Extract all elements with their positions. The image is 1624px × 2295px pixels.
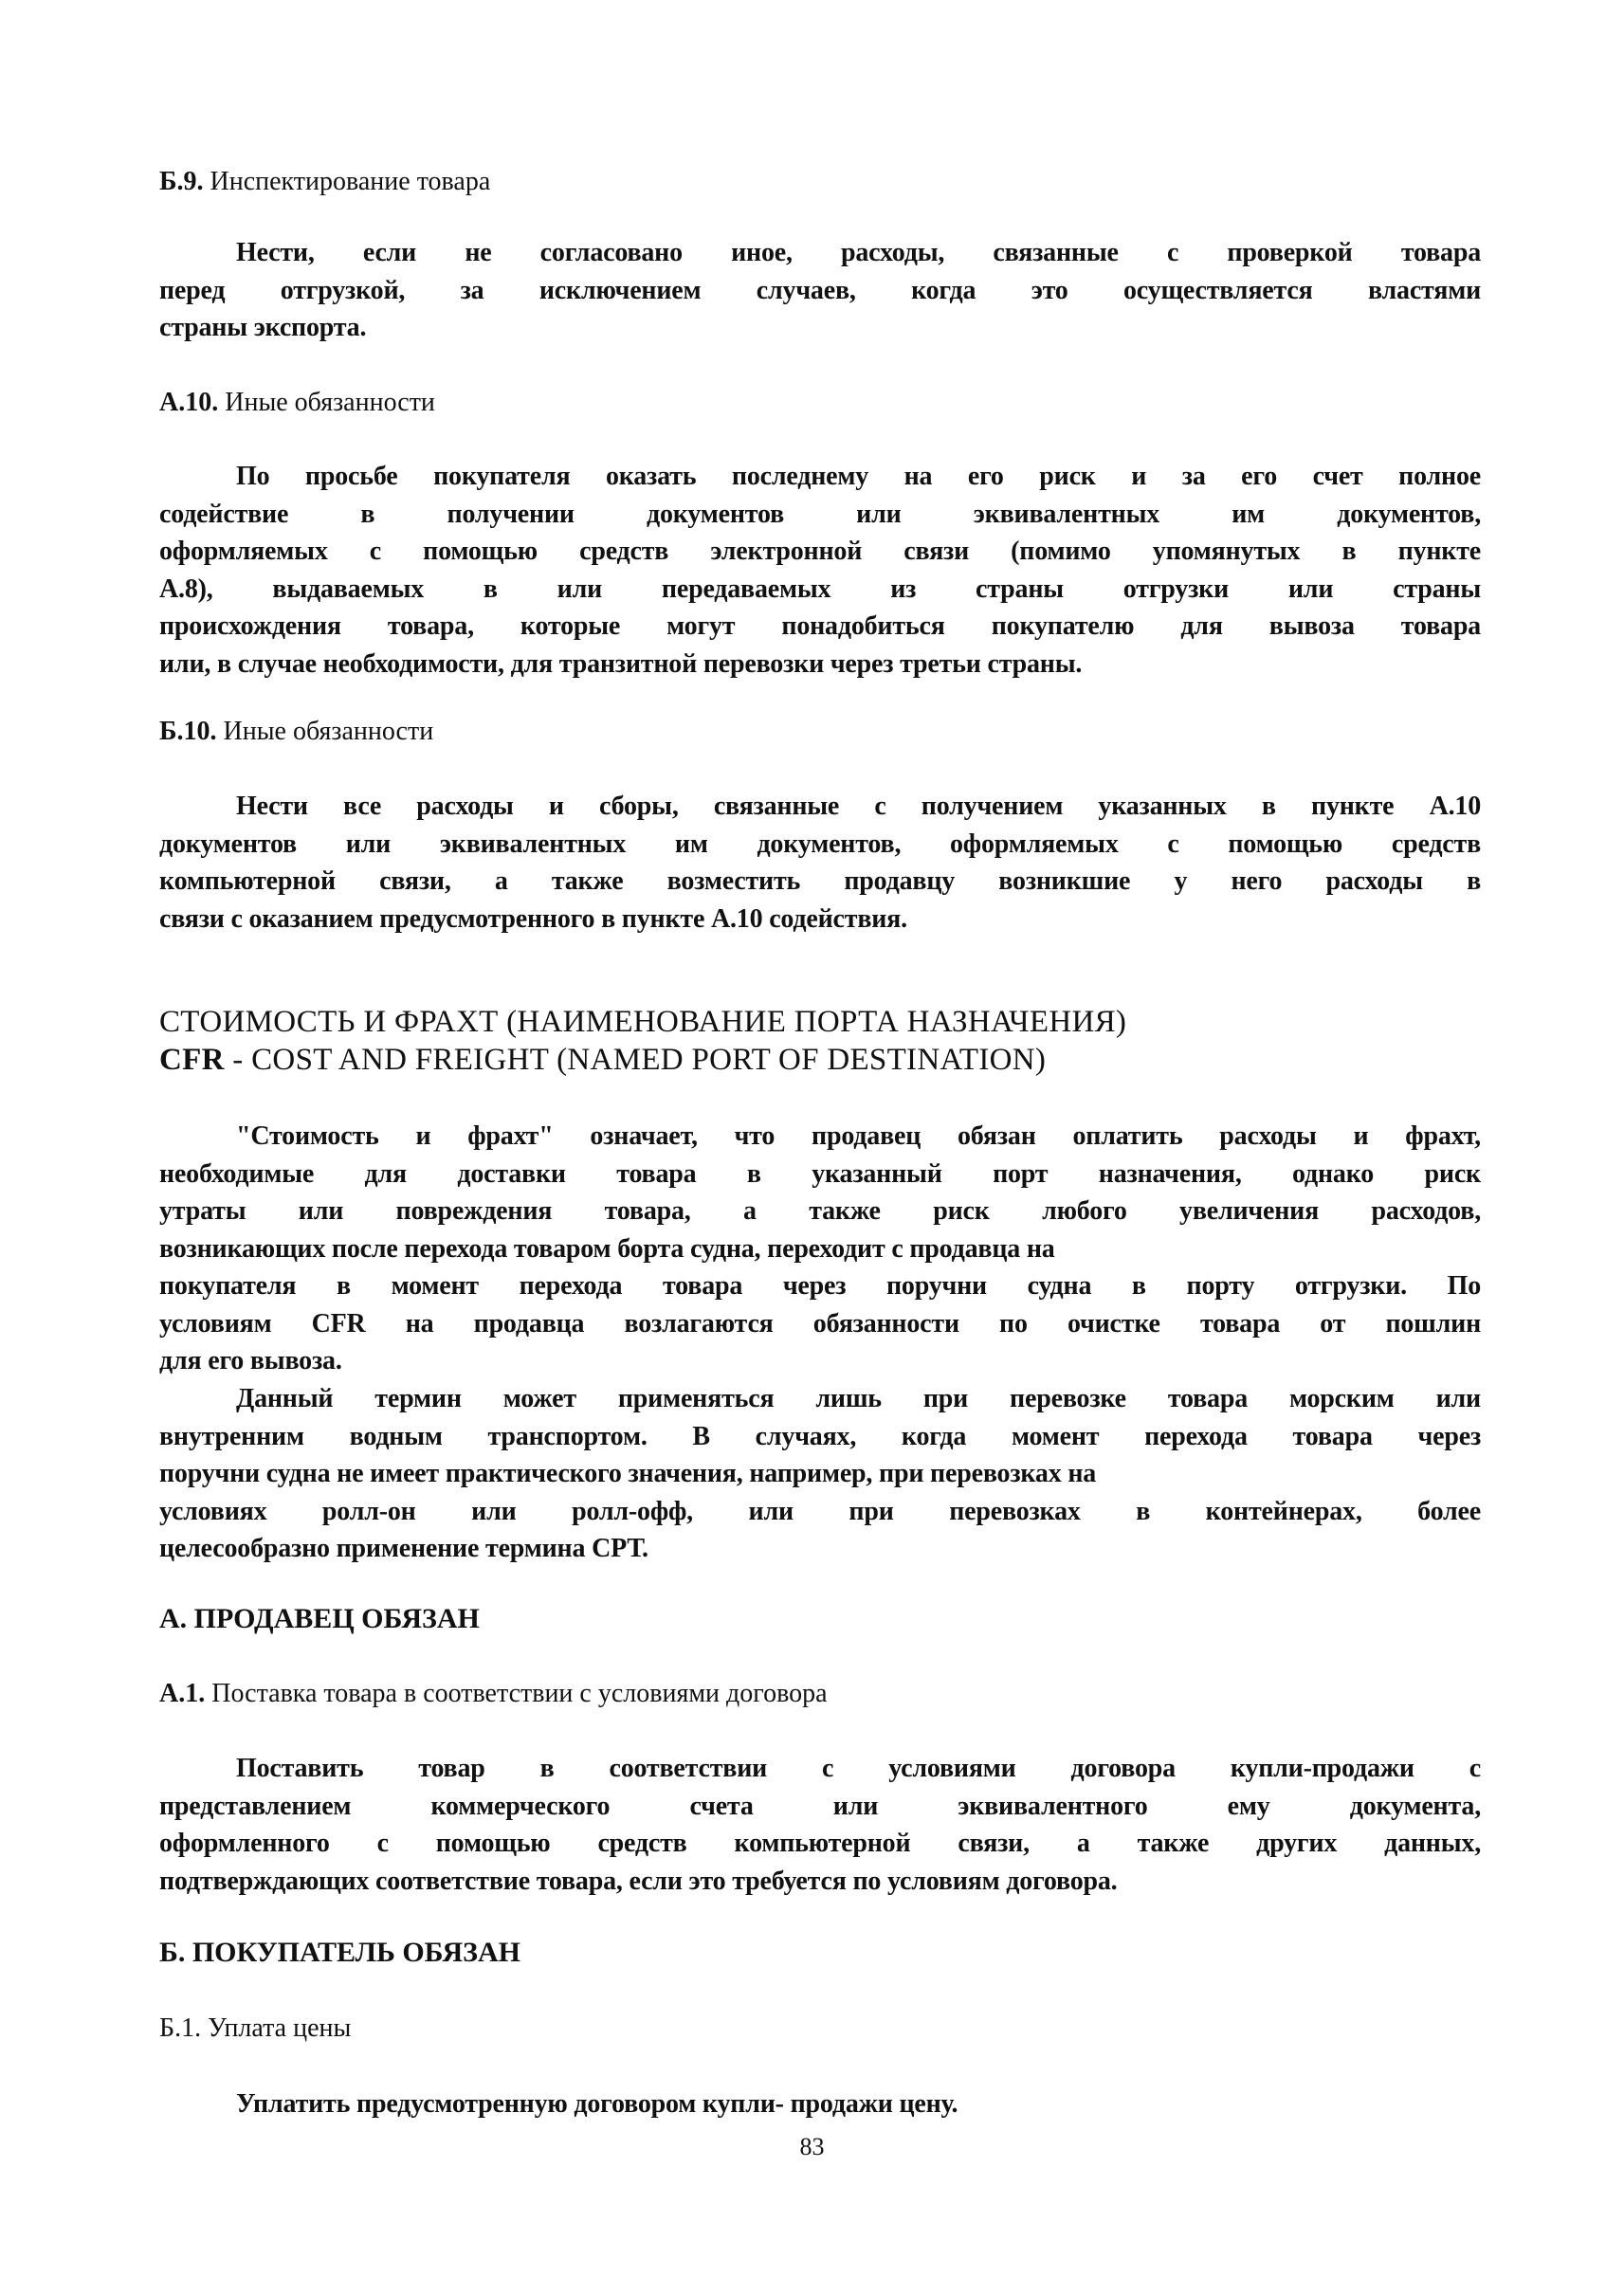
text-line: представлением коммерческого счета или э… (159, 1788, 1481, 1826)
cfr-para-2: Данный термин может применяться лишь при… (159, 1380, 1481, 1568)
text-line: связи с оказанием предусмотренного в пун… (159, 901, 1481, 938)
text-line: условиям CFR на продавца возлагаются обя… (159, 1305, 1481, 1343)
section-label: Б.9. (159, 167, 204, 196)
section-title: Иные обязанности (224, 717, 434, 746)
text-line: содействие в получении документов или эк… (159, 496, 1481, 534)
page-number: 83 (0, 2133, 1624, 2161)
text-line: перед отгрузкой, за исключением случаев,… (159, 272, 1481, 310)
text-line: страны экспорта. (159, 309, 1481, 347)
text-line: Нести все расходы и сборы, связанные с п… (159, 788, 1481, 826)
cfr-abbr: CFR (159, 1043, 225, 1077)
section-a1-heading: А.1. Поставка товара в соответствии с ус… (159, 1675, 1481, 1713)
text-line: необходимые для доставки товара в указан… (159, 1156, 1481, 1193)
section-title: Инспектирование товара (210, 167, 491, 196)
section-label: А.10. (159, 388, 218, 417)
section-a10-text: По просьбе покупателя оказать последнему… (159, 458, 1481, 683)
section-b10-text: Нести все расходы и сборы, связанные с п… (159, 788, 1481, 938)
text-line: возникающих после перехода товаром борта… (159, 1230, 1481, 1268)
text-line: поручни судна не имеет практического зна… (159, 1455, 1481, 1493)
section-b9-text: Нести, если не согласовано иное, расходы… (159, 234, 1481, 347)
text-line: Поставить товар в соответствии с условия… (159, 1750, 1481, 1788)
text-line: целесообразно применение термина СРТ. (159, 1530, 1481, 1568)
text-line: оформляемых с помощью средств электронно… (159, 533, 1481, 571)
text-line: По просьбе покупателя оказать последнему… (159, 458, 1481, 496)
section-label: Б.10. (159, 717, 217, 746)
section-label: А.1. (159, 1679, 205, 1708)
text-line: документов или эквивалентных им документ… (159, 826, 1481, 864)
text-line: Нести, если не согласовано иное, расходы… (159, 234, 1481, 272)
text-line: "Стоимость и фрахт" означает, что продав… (159, 1118, 1481, 1156)
seller-heading: А. ПРОДАВЕЦ ОБЯЗАН (159, 1600, 1481, 1638)
section-title: Поставка товара в соответствии с условия… (211, 1679, 827, 1708)
section-label: Б.1. (159, 2013, 201, 2043)
buyer-heading: Б. ПОКУПАТЕЛЬ ОБЯЗАН (159, 1934, 1481, 1972)
section-b9-heading: Б.9. Инспектирование товара (159, 163, 1481, 201)
text-line: подтверждающих соответствие товара, если… (159, 1863, 1481, 1901)
text-line: компьютерной связи, а также возместить п… (159, 863, 1481, 901)
text-line: для его вывоза. (159, 1342, 1481, 1380)
text-line: покупателя в момент перехода товара чере… (159, 1267, 1481, 1305)
text-line: или, в случае необходимости, для транзит… (159, 646, 1481, 683)
cfr-title-en: CFR - COST AND FREIGHT (NAMED PORT OF DE… (159, 1041, 1481, 1079)
text-line: Уплатить предусмотренную договором купли… (159, 2086, 1481, 2123)
section-b10-heading: Б.10. Иные обязанности (159, 713, 1481, 751)
text-line: Данный термин может применяться лишь при… (159, 1380, 1481, 1418)
section-title: Уплата цены (208, 2013, 351, 2043)
text-line: А.8), выдаваемых в или передаваемых из с… (159, 571, 1481, 609)
text-line: условиях ролл-он или ролл-офф, или при п… (159, 1493, 1481, 1531)
text-line: происхождения товара, которые могут пона… (159, 608, 1481, 646)
text-line: утраты или повреждения товара, а также р… (159, 1193, 1481, 1230)
cfr-title: СТОИМОСТЬ И ФРАХТ (НАИМЕНОВАНИЕ ПОРТА НА… (159, 1003, 1481, 1079)
text-line: оформленного с помощью средств компьютер… (159, 1825, 1481, 1863)
section-title: Иные обязанности (225, 388, 435, 417)
section-a10-heading: А.10. Иные обязанности (159, 384, 1481, 422)
section-b1-text: Уплатить предусмотренную договором купли… (159, 2086, 1481, 2123)
cfr-title-en-rest: - COST AND FREIGHT (NAMED PORT OF DESTIN… (225, 1043, 1047, 1077)
section-a1-text: Поставить товар в соответствии с условия… (159, 1750, 1481, 1900)
section-b1-heading: Б.1. Уплата цены (159, 2010, 1481, 2048)
text-line: внутренним водным транспортом. В случаях… (159, 1418, 1481, 1456)
cfr-para-1: "Стоимость и фрахт" означает, что продав… (159, 1118, 1481, 1380)
cfr-title-ru: СТОИМОСТЬ И ФРАХТ (НАИМЕНОВАНИЕ ПОРТА НА… (159, 1003, 1481, 1041)
